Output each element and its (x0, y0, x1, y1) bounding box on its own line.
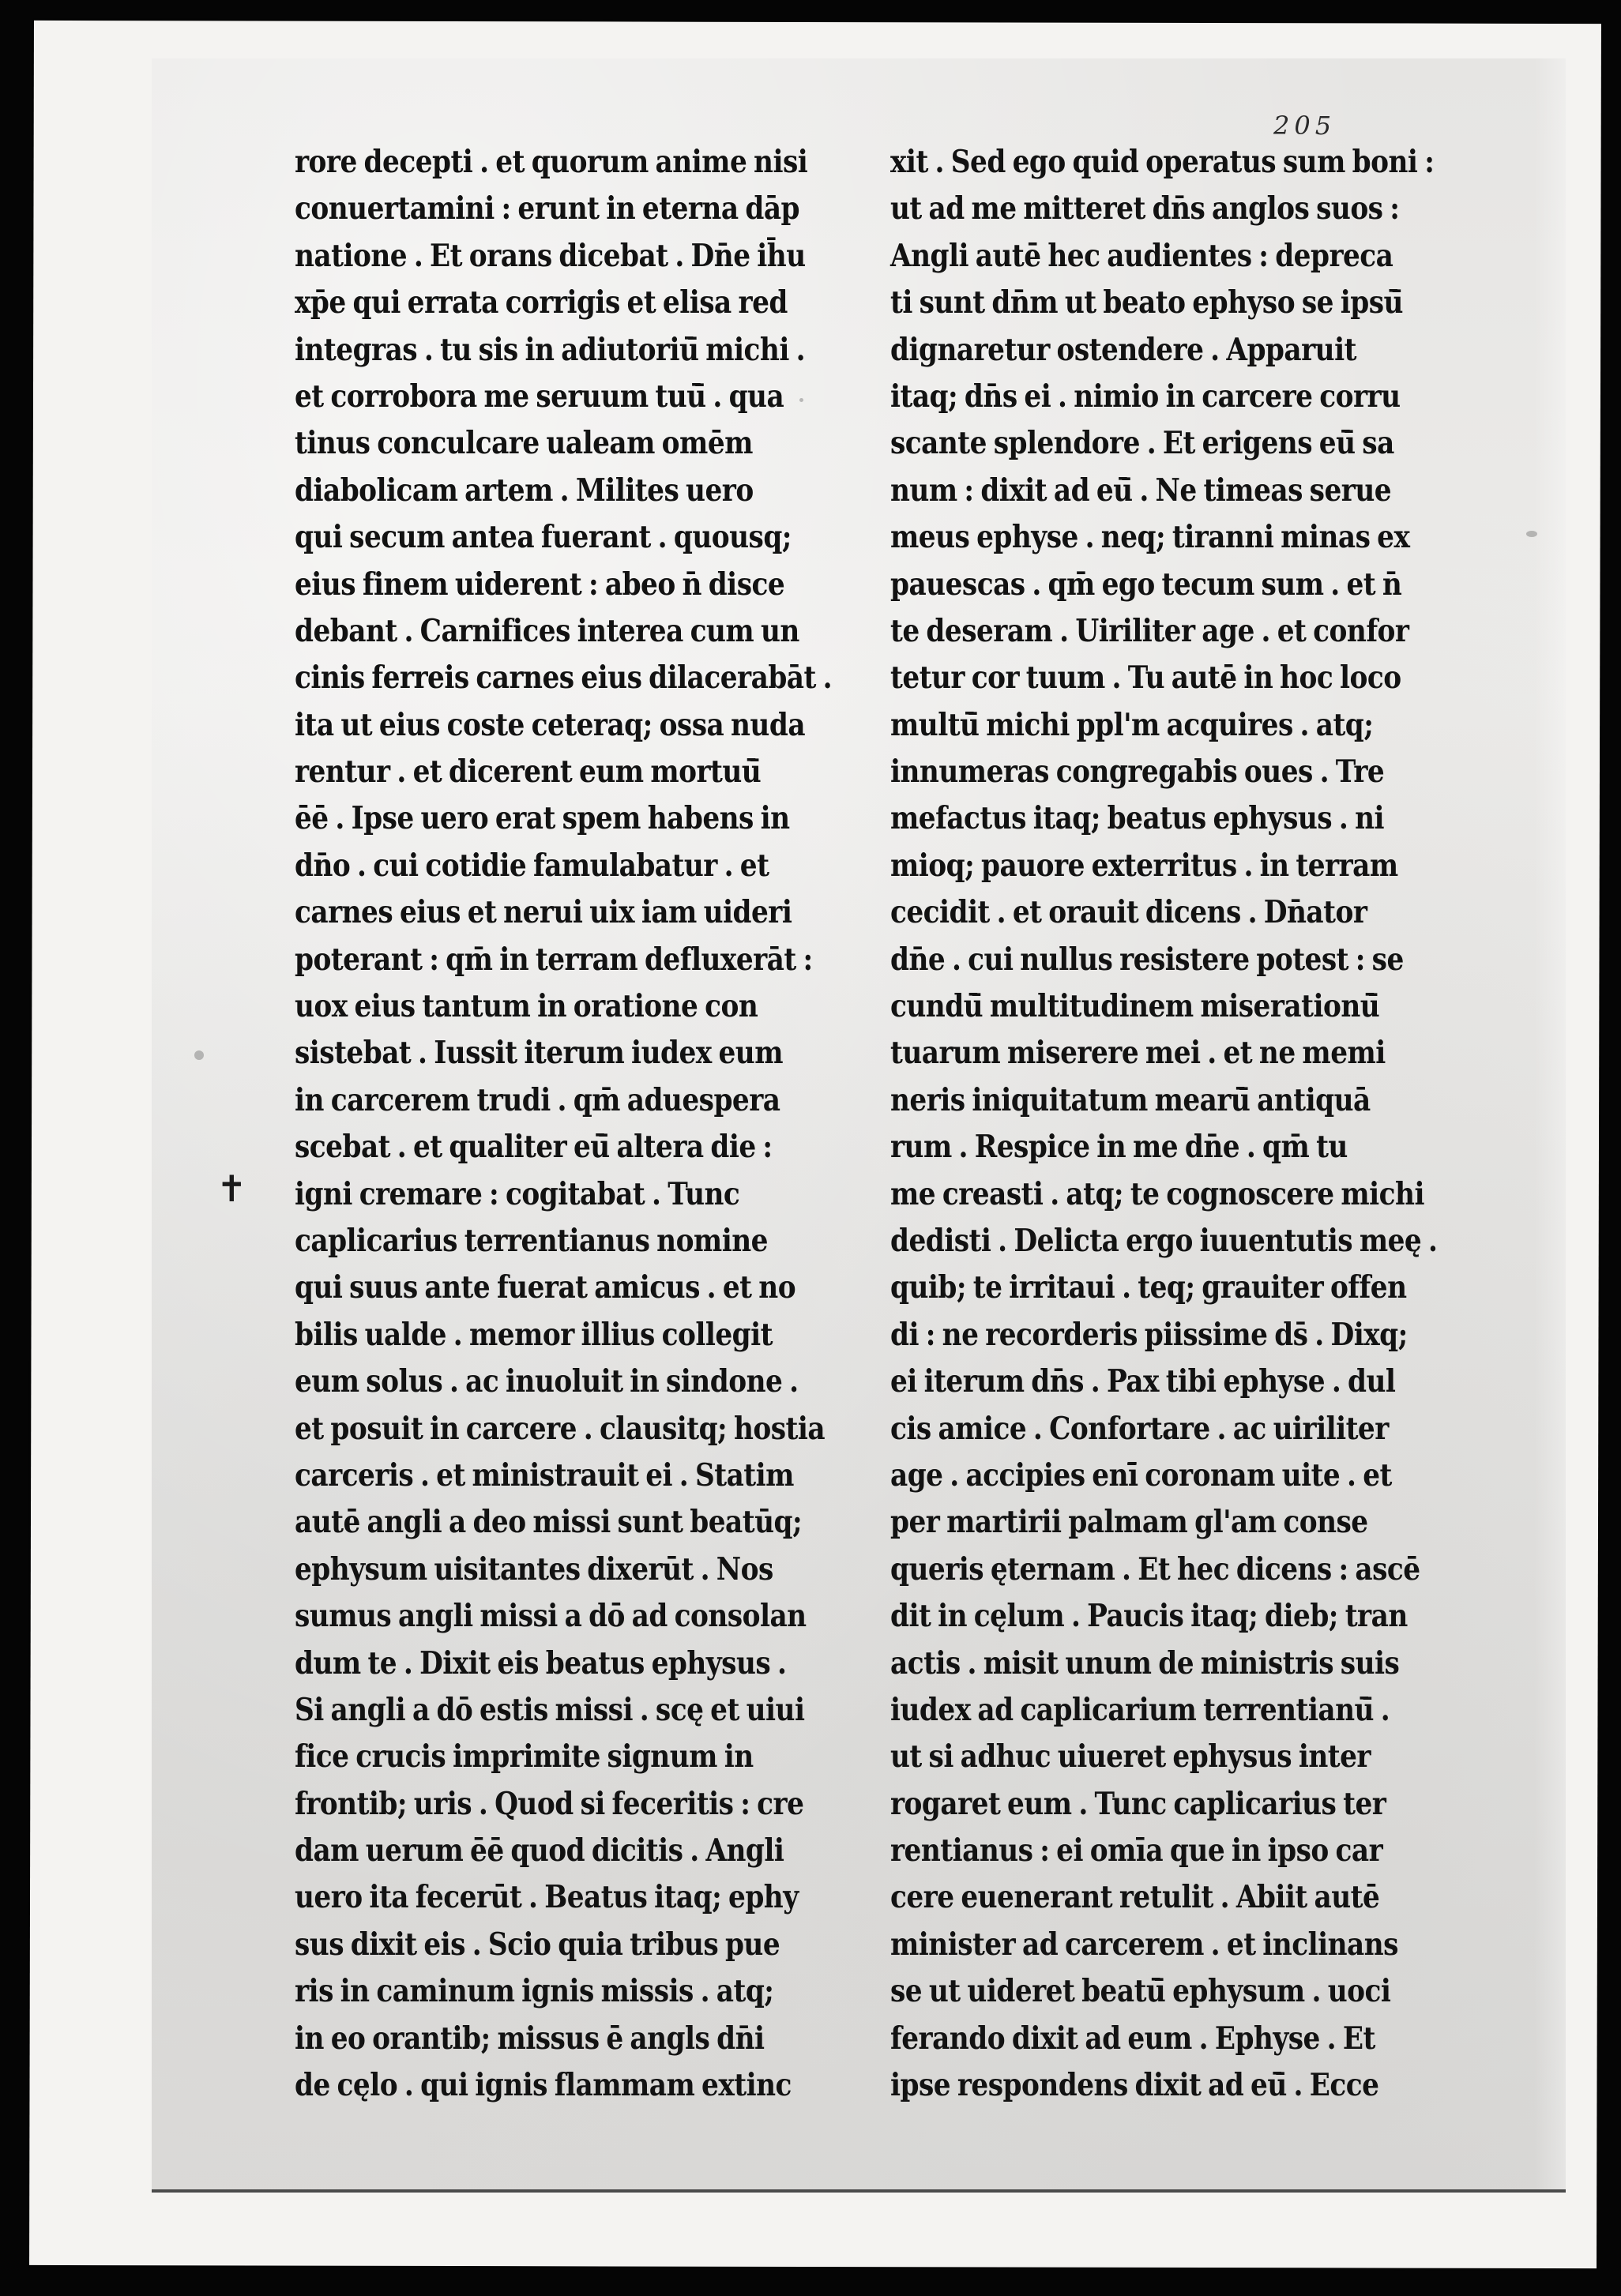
manuscript-line: rore decepti . et quorum anime nisi (295, 139, 739, 186)
manuscript-line: itaq; dn̄s ei . nimio in carcere corru (890, 374, 1335, 420)
manuscript-line: mioq; pauore exterritus . in terram (890, 843, 1335, 889)
manuscript-line: sus dixit eis . Scio quia tribus pue (295, 1922, 739, 1968)
manuscript-line: actis . misit unum de ministris suis (890, 1640, 1335, 1687)
manuscript-line: rogaret eum . Tunc caplicarius ter (890, 1781, 1335, 1828)
manuscript-line: autē angli a deo missi sunt beatūq; (295, 1499, 739, 1546)
manuscript-line: num : dixit ad eū̄ . Ne timeas serue (890, 468, 1335, 514)
manuscript-line: me creasti . atq; te cognoscere michi (890, 1171, 1335, 1218)
manuscript-line: ephysum uisitantes dixerūt . Nos (295, 1546, 739, 1593)
manuscript-line: mefactus itaq; beatus ephysus . ni (890, 795, 1335, 842)
manuscript-line: sistebat . Iussit iterum iudex eum (295, 1030, 739, 1077)
manuscript-line: igni cremare : cogitabat . Tunc (295, 1171, 739, 1218)
manuscript-line: xp̄e qui errata corrigis et elisa red (295, 280, 739, 326)
manuscript-line: dedisti . Delicta ergo iuuentutis meę . (890, 1218, 1335, 1264)
manuscript-line: eum solus . ac inuoluit in sindone . (295, 1358, 739, 1405)
manuscript-line: dignaretur ostendere . Apparuit (890, 327, 1335, 374)
manuscript-line: ut ad me mitteret dn̄s anglos suos : (890, 186, 1335, 232)
manuscript-line: de cęlo . qui ignis flammam extinc (295, 2062, 739, 2109)
manuscript-line: carnes eius et nerui uix iam uideri (295, 889, 739, 936)
manuscript-line: per martirii palmam gl'am conse (890, 1499, 1335, 1546)
manuscript-line: qui suus ante fuerat amicus . et no (295, 1264, 739, 1311)
manuscript-line: cis amice . Confortare . ac uiriliter (890, 1406, 1335, 1452)
ink-smudge (1526, 531, 1537, 537)
manuscript-line: cinis ferreis carnes eius dilacerabāt . (295, 655, 739, 701)
manuscript-line: xit . Sed ego quid operatus sum boni : (890, 139, 1335, 186)
marginal-cross-icon: ✝ (216, 1167, 247, 1210)
manuscript-line: quib; te irritaui . teq; grauiter offen (890, 1264, 1335, 1311)
manuscript-line: ita ut eius coste ceteraq; ossa nuda (295, 702, 739, 749)
manuscript-line: innumeras congregabis oues . Tre (890, 749, 1335, 795)
manuscript-line: Angli autē hec audientes : depreca (890, 233, 1335, 280)
manuscript-line: uox eius tantum in oratione con (295, 983, 739, 1030)
manuscript-line: qui secum antea fuerant . quousq; (295, 514, 739, 561)
manuscript-line: cundū̄ multitudinem miserationū̄ (890, 983, 1335, 1030)
manuscript-line: fice crucis imprimite signum in (295, 1734, 739, 1780)
manuscript-line: scante splendore . Et erigens eū̄ sa (890, 420, 1335, 467)
manuscript-line: multū̄ michi ppl'm acquires . atq; (890, 702, 1335, 749)
manuscript-line: minister ad carcerem . et inclinans (890, 1922, 1335, 1968)
manuscript-line: et posuit in carcere . clausitq; hostia (295, 1406, 739, 1452)
manuscript-line: ti sunt dn̄m ut beato ephyso se ipsū̄ (890, 280, 1335, 326)
manuscript-line: eius finem uiderent : abeo n̄ disce (295, 562, 739, 608)
manuscript-line: bilis ualde . memor illius collegit (295, 1312, 739, 1358)
text-column-right: xit . Sed ego quid operatus sum boni :ut… (890, 139, 1396, 2109)
manuscript-line: ris in caminum ignis missis . atq; (295, 1968, 739, 2015)
manuscript-line: dn̄o . cui cotidie famulabatur . et (295, 843, 739, 889)
manuscript-line: in eo orantib; missus ē angls dn̄i (295, 2016, 739, 2062)
text-column-left: rore decepti . et quorum anime nisiconue… (295, 139, 800, 2109)
manuscript-line: ut si adhuc uiueret ephysus inter (890, 1734, 1335, 1780)
manuscript-line: integras . tu sis in adiutoriū̄ michi . (295, 327, 739, 374)
manuscript-line: debant . Carnifices interea cum un (295, 608, 739, 655)
manuscript-line: tinus conculcare ualeam omēm (295, 420, 739, 467)
manuscript-line: iudex ad caplicarium terrentianū̄ . (890, 1687, 1335, 1734)
manuscript-line: cere euenerant retulit . Abiit autē (890, 1874, 1335, 1921)
manuscript-line: natione . Et orans dicebat . Dn̄e ih̄u (295, 233, 739, 280)
manuscript-line: dn̄e . cui nullus resistere potest : se (890, 937, 1335, 983)
manuscript-line: age . accipies enī̄ coronam uite . et (890, 1452, 1335, 1499)
manuscript-line: dam uerum ēē quod dicitis . Angli (295, 1828, 739, 1874)
manuscript-line: te deseram . Uiriliter age . et confor (890, 608, 1335, 655)
manuscript-line: rentur . et dicerent eum mortuū̄ (295, 749, 739, 795)
manuscript-line: sumus angli missi a dō ad consolan (295, 1593, 739, 1640)
manuscript-line: cecidit . et orauit dicens . Dn̄ator (890, 889, 1335, 936)
manuscript-line: ferando dixit ad eum . Ephyse . Et (890, 2016, 1335, 2062)
manuscript-line: et corrobora me seruum tuū̄ . qua (295, 374, 739, 420)
manuscript-line: rum . Respice in me dn̄e . qm̄ tu (890, 1124, 1335, 1171)
manuscript-line: rentianus : ei omīa que in ipso car (890, 1828, 1335, 1874)
manuscript-line: diabolicam artem . Milites uero (295, 468, 739, 514)
manuscript-line: meus ephyse . neq; tiranni minas ex (890, 514, 1335, 561)
manuscript-line: ei iterum dn̄s . Pax tibi ephyse . dul (890, 1358, 1335, 1405)
manuscript-line: poterant : qm̄ in terram defluxerāt : (295, 937, 739, 983)
manuscript-line: pauescas . qm̄ ego tecum sum . et n̄ (890, 562, 1335, 608)
manuscript-line: ēē . Ipse uero erat spem habens in (295, 795, 739, 842)
ink-smudge (194, 1050, 204, 1060)
manuscript-line: carceris . et ministrauit ei . Statim (295, 1452, 739, 1499)
manuscript-line: dit in cęlum . Paucis itaq; dieb; tran (890, 1593, 1335, 1640)
manuscript-line: neris iniquitatum mearū̄ antiquā (890, 1077, 1335, 1124)
manuscript-line: dum te . Dixit eis beatus ephysus . (295, 1640, 739, 1687)
manuscript-line: Si angli a dō estis missi . scę et uiui (295, 1687, 739, 1734)
folio-number: 205 (1273, 111, 1336, 141)
manuscript-line: ipse respondens dixit ad eū̄ . Ecce (890, 2062, 1335, 2109)
manuscript-line: in carcerem trudi . qm̄ aduespera (295, 1077, 739, 1124)
manuscript-line: queris ęternam . Et hec dicens : ascē (890, 1546, 1335, 1593)
manuscript-line: tuarum miserere mei . et ne memi (890, 1030, 1335, 1077)
manuscript-line: di : ne recorderis piissime ds̄ . Dixq; (890, 1312, 1335, 1358)
manuscript-line: frontib; uris . Quod si feceritis : cre (295, 1781, 739, 1828)
manuscript-line: caplicarius terrentianus nomine (295, 1218, 739, 1264)
manuscript-line: tetur cor tuum . Tu autē in hoc loco (890, 655, 1335, 701)
manuscript-line: scebat . et qualiter eū̄ altera die : (295, 1124, 739, 1171)
manuscript-line: uero ita fecerūt . Beatus itaq; ephy (295, 1874, 739, 1921)
manuscript-line: conuertamini : erunt in eterna dāp (295, 186, 739, 232)
manuscript-line: se ut uideret beatū̄ ephysum . uoci (890, 1968, 1335, 2015)
